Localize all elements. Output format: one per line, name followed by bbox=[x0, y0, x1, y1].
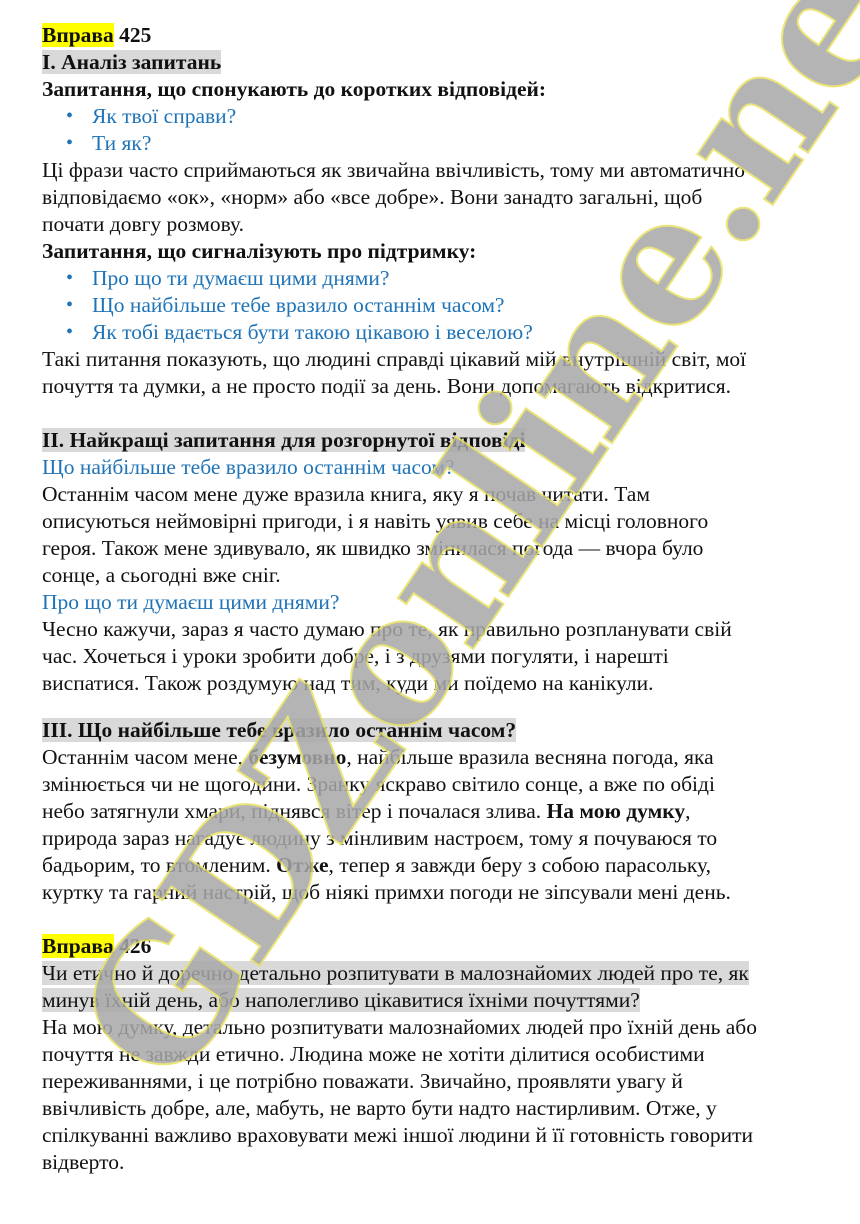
answer-2: Чесно кажучи, зараз я часто думаю про те… bbox=[42, 616, 832, 697]
answer-1: Останнім часом мене дуже вразила книга, … bbox=[42, 481, 832, 589]
exercise-426-answer: На мою думку, детально розпитувати малоз… bbox=[42, 1014, 832, 1176]
section-1-title: I. Аналіз запитань bbox=[42, 49, 832, 76]
question-1: Що найбільше тебе вразило останнім часом… bbox=[42, 454, 832, 481]
support-explanation: Такі питання показують, що людині справд… bbox=[42, 346, 832, 400]
question-2: Про що ти думаєш цими днями? bbox=[42, 589, 832, 616]
list-item: Про що ти думаєш цими днями? bbox=[92, 265, 832, 292]
section-3-title: III. Що найбільше тебе вразило останнім … bbox=[42, 717, 832, 744]
list-item: Як тобі вдається бути такою цікавою і ве… bbox=[92, 319, 832, 346]
support-heading: Запитання, що сигналізують про підтримку… bbox=[42, 238, 832, 265]
support-question-list: Про що ти думаєш цими днями? Що найбільш… bbox=[42, 265, 832, 346]
section-3-text: Останнім часом мене, безумовно, найбільш… bbox=[42, 744, 832, 906]
exercise-426-heading: Вправа 426 bbox=[42, 933, 832, 960]
short-explanation: Ці фрази часто сприймаються як звичайна … bbox=[42, 157, 832, 238]
list-item: Ти як? bbox=[92, 130, 832, 157]
section-2-title: II. Найкращі запитання для розгорнутої в… bbox=[42, 427, 832, 454]
list-item: Що найбільше тебе вразило останнім часом… bbox=[92, 292, 832, 319]
short-question-list: Як твої справи? Ти як? bbox=[42, 103, 832, 157]
short-answer-heading: Запитання, що спонукають до коротких від… bbox=[42, 76, 832, 103]
list-item: Як твої справи? bbox=[92, 103, 832, 130]
exercise-425-heading: Вправа 425 bbox=[42, 22, 832, 49]
document-page: Вправа 425 I. Аналіз запитань Запитання,… bbox=[42, 22, 832, 1176]
exercise-426-question: Чи етично й доречно детально розпитувати… bbox=[42, 960, 832, 1014]
